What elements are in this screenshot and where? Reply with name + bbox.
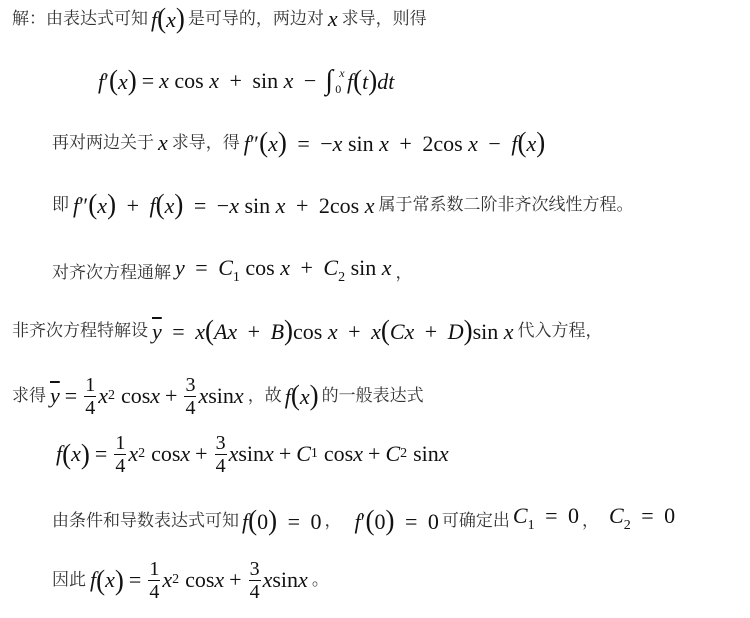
text-prefix: 对齐次方程通解 xyxy=(52,259,171,287)
line-intro: 解：由表达式可知 f(x) 是可导的，两边对 x 求导，则得 xyxy=(12,4,427,34)
text-suffix: ， xyxy=(396,259,413,287)
text-suffix: 的一般表达式 xyxy=(322,382,424,410)
math-rhs: x cos x + sin x − xyxy=(159,67,321,95)
line-initial-conditions: 由条件和导数表达式可知 f(0) = 0 ， f′(0) = 0 可确定出 C1… xyxy=(52,502,675,540)
text-prefix: 非齐次方程特解设 xyxy=(12,317,148,345)
math-final-solution: f(x) = 14 x2 cos x + 34 xsin x xyxy=(90,558,308,603)
math-second-derivative-eq: f″(x) = −x sin x + 2cos x − f(x) xyxy=(244,128,545,158)
math-particular-solution: y = 14 x2 cos x + 34 xsin x xyxy=(50,374,244,419)
text-intro-prefix: 解：由表达式可知 xyxy=(12,5,148,33)
line-homogeneous: 对齐次方程通解 y = C1 cos x + C2 sin x ， xyxy=(52,254,413,292)
text-sep: ， xyxy=(582,507,599,535)
text-suffix: 。 xyxy=(312,566,329,594)
math-integrand: f(t)dt xyxy=(347,66,394,96)
text-prefix: 再对两边关于 xyxy=(52,129,154,157)
math-homogeneous-solution: y = C1 cos x + C2 sin x xyxy=(175,254,392,292)
math-c1-zero: C1 = 0 xyxy=(513,502,579,540)
text-prefix: 即 xyxy=(52,191,69,219)
equals-sign: = xyxy=(142,67,154,95)
text-mid: ，故 xyxy=(248,382,282,410)
math-lhs: f′(x) xyxy=(98,66,137,96)
equation-general-solution: f(x) = 14 x2 cos x + 34 xsin x + C1 cos … xyxy=(56,432,449,476)
line-particular-result: 求得 y = 14 x2 cos x + 34 xsin x ，故 f(x) 的… xyxy=(12,374,424,418)
text-prefix: 求得 xyxy=(12,382,46,410)
line-final-result: 因此 f(x) = 14 x2 cos x + 34 xsin x 。 xyxy=(52,558,329,602)
text-intro-mid: 是可导的，两边对 xyxy=(188,5,324,33)
text-prefix: 因此 xyxy=(52,566,86,594)
math-var-x: x xyxy=(158,129,168,157)
math-fx: f(x) xyxy=(285,381,319,411)
equation-first-derivative: f′(x) = x cos x + sin x − ∫ x 0 f(t)dt xyxy=(98,66,394,96)
math-c2-zero: C2 = 0 xyxy=(609,502,675,540)
math-var-x: x xyxy=(328,5,338,33)
fraction-one-quarter: 14 xyxy=(148,558,160,603)
line-ode: 即 f″(x) + f(x) = −x sin x + 2cos x 属于常系数… xyxy=(52,190,633,220)
text-suffix: 代入方程， xyxy=(518,317,603,345)
fraction-three-quarters: 34 xyxy=(249,558,261,603)
text-mid: 可确定出 xyxy=(442,507,510,535)
line-particular: 非齐次方程特解设 y = x(Ax + B)cos x + x(Cx + D)s… xyxy=(12,316,603,346)
fraction-three-quarters: 34 xyxy=(184,374,196,419)
text-sep: ， xyxy=(325,507,342,535)
integral-sign: ∫ x 0 xyxy=(325,67,333,95)
text-intro-suffix: 求导，则得 xyxy=(342,5,427,33)
fraction-three-quarters: 34 xyxy=(215,432,227,477)
text-suffix: 属于常系数二阶非齐次线性方程。 xyxy=(378,191,633,219)
math-condition-fprime0: f′(0) = 0 xyxy=(355,506,439,536)
fraction-one-quarter: 14 xyxy=(84,374,96,419)
math-condition-f0: f(0) = 0 xyxy=(242,506,322,536)
math-ode: f″(x) + f(x) = −x sin x + 2cos x xyxy=(73,190,374,220)
text-prefix: 由条件和导数表达式可知 xyxy=(52,507,239,535)
math-fx: f(x) xyxy=(151,4,185,34)
fraction-one-quarter: 14 xyxy=(114,432,126,477)
text-mid: 求导，得 xyxy=(172,129,240,157)
math-particular-ansatz: y = x(Ax + B)cos x + x(Cx + D)sin x xyxy=(152,316,514,346)
line-second-derivative: 再对两边关于 x 求导，得 f″(x) = −x sin x + 2cos x … xyxy=(52,128,545,158)
math-general-solution: f(x) = 14 x2 cos x + 34 xsin x + C1 cos … xyxy=(56,432,449,477)
